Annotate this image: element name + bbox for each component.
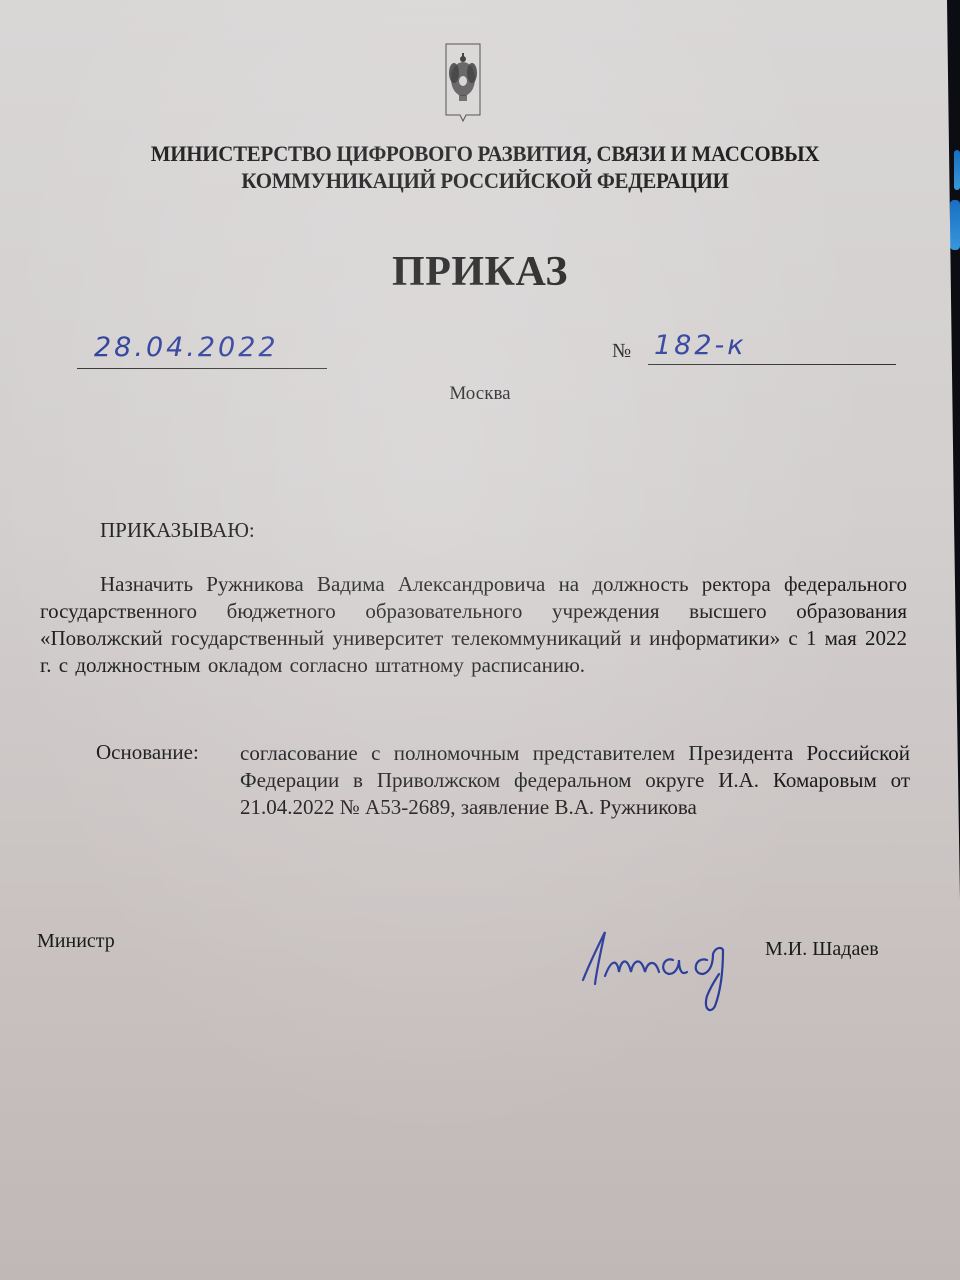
date-underline <box>77 368 327 369</box>
basis-label: Основание: <box>96 740 199 765</box>
signature-icon <box>575 910 755 1020</box>
number-label: № <box>612 340 631 363</box>
background-glint <box>954 150 960 190</box>
background-glint <box>950 200 960 250</box>
order-number: 182-к <box>654 330 747 361</box>
document-page: МИНИСТЕРСТВО ЦИФРОВОГО РАЗВИТИЯ, СВЯЗИ И… <box>0 0 960 1280</box>
ministry-line-2: КОММУНИКАЦИЙ РОССИЙСКОЙ ФЕДЕРАЦИИ <box>90 167 881 194</box>
order-body: Назначить Ружникова Вадима Александрович… <box>40 571 907 679</box>
ministry-line-1: МИНИСТЕРСТВО ЦИФРОВОГО РАЗВИТИЯ, СВЯЗИ И… <box>90 140 881 167</box>
ministry-header: МИНИСТЕРСТВО ЦИФРОВОГО РАЗВИТИЯ, СВЯЗИ И… <box>90 140 881 194</box>
signer-title: Министр <box>37 930 115 953</box>
orders-heading: ПРИКАЗЫВАЮ: <box>100 518 255 543</box>
city: Москва <box>0 383 960 405</box>
page-title: ПРИКАЗ <box>0 248 960 296</box>
signer-name: М.И. Шадаев <box>765 938 879 961</box>
number-underline <box>648 364 896 365</box>
order-date: 28.04.2022 <box>94 332 279 363</box>
basis-text: согласование с полномочным представителе… <box>240 740 910 821</box>
coat-of-arms-icon <box>445 43 481 123</box>
